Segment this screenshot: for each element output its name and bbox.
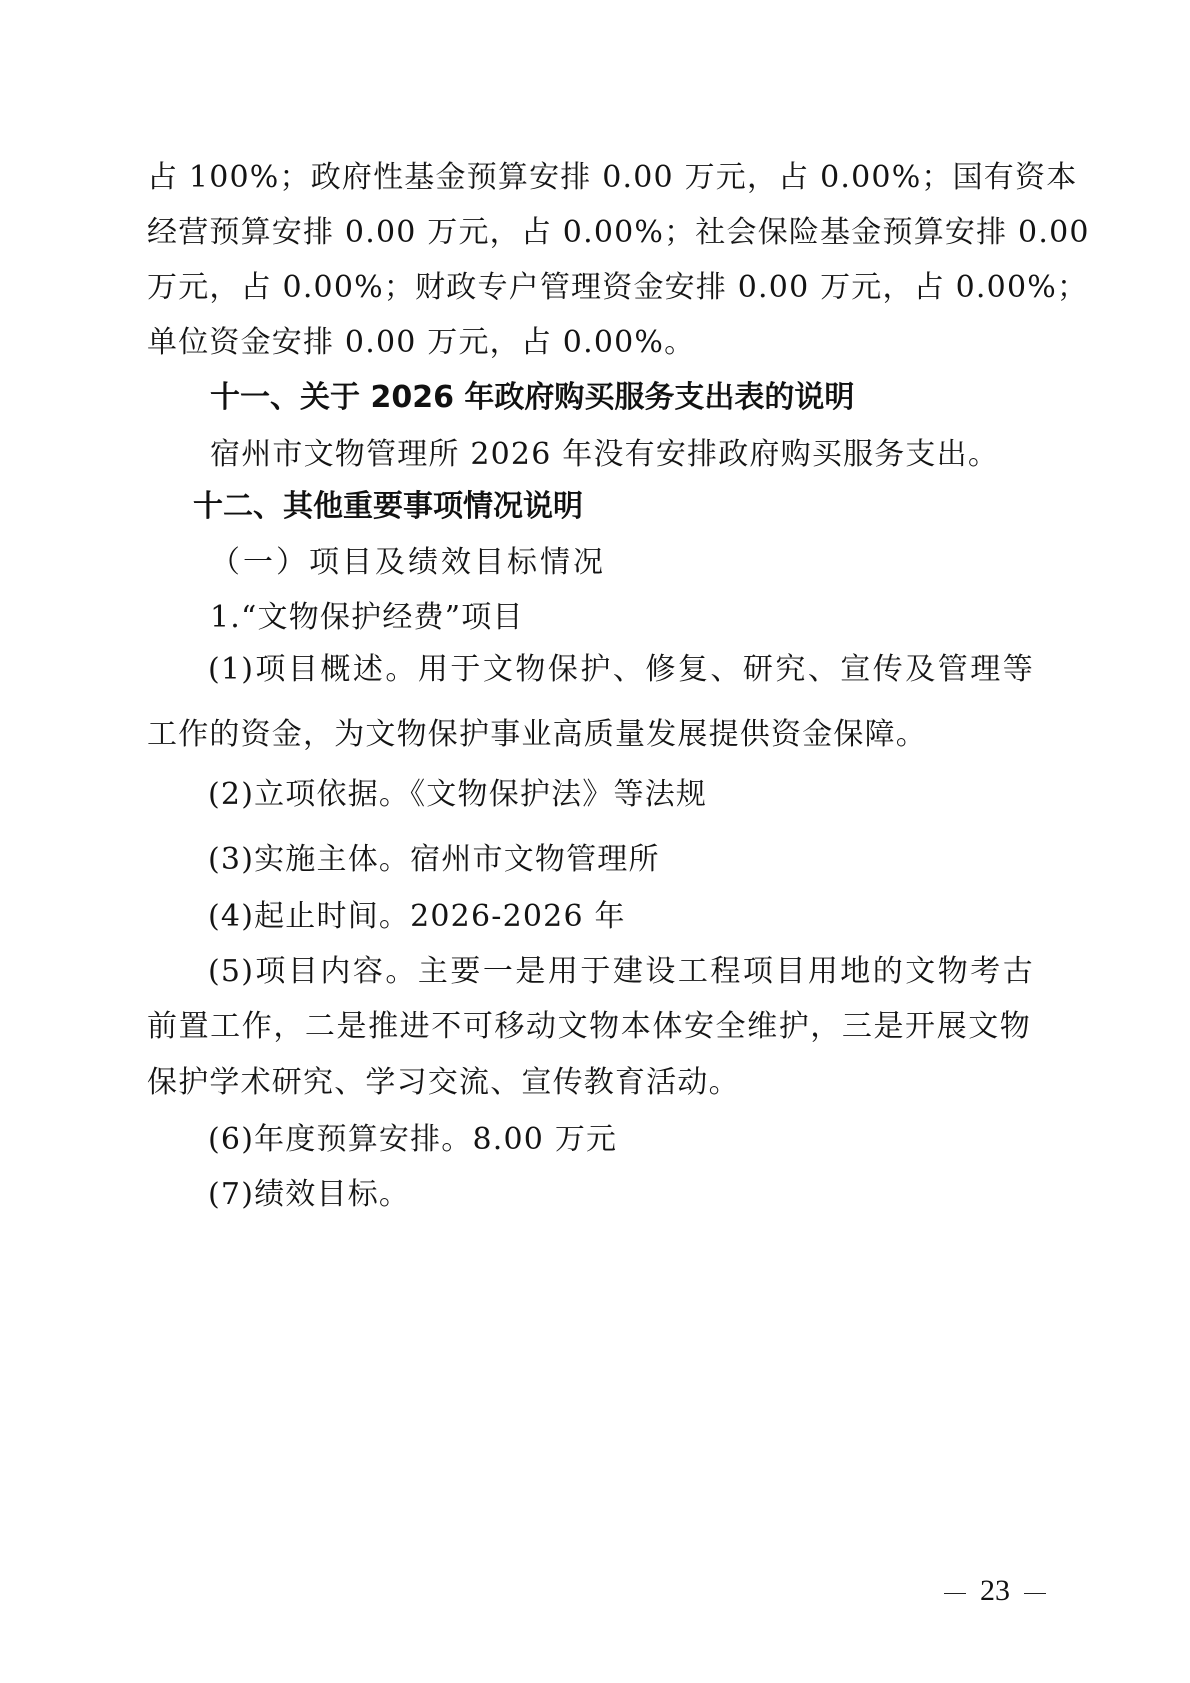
item-7: (7)绩效目标。 <box>208 1175 410 1215</box>
section-heading-12: 十二、其他重要事项情况说明 <box>193 487 583 527</box>
item-6: (6)年度预算安排。8.00 万元 <box>208 1120 617 1160</box>
document-page: 占 100%；政府性基金预算安排 0.00 万元，占 0.00%；国有资本 经营… <box>0 0 1190 1683</box>
item-2: (2)立项依据。《文物保护法》等法规 <box>208 775 707 815</box>
item-1-line-1: (1)项目概述。用于文物保护、修复、研究、宣传及管理等 <box>208 650 1034 690</box>
item-4: (4)起止时间。2026-2026 年 <box>208 897 626 937</box>
item-5-line-2: 前置工作，二是推进不可移动文物本体安全维护，三是开展文物 <box>147 1007 1031 1047</box>
item-1-line-2: 工作的资金，为文物保护事业高质量发展提供资金保障。 <box>147 715 927 755</box>
budget-paragraph-line-2: 经营预算安排 0.00 万元，占 0.00%；社会保险基金预算安排 0.00 <box>147 213 1031 253</box>
page-number-left-dash <box>944 1593 966 1594</box>
item-5-line-3: 保护学术研究、学习交流、宣传教育活动。 <box>147 1063 740 1103</box>
budget-paragraph-line-1: 占 100%；政府性基金预算安排 0.00 万元，占 0.00%；国有资本 <box>147 158 1031 198</box>
page-number: 23 <box>930 1574 1060 1608</box>
page-number-right-dash <box>1024 1593 1046 1594</box>
project-title: 1.“文物保护经费”项目 <box>210 598 524 638</box>
budget-paragraph-line-3: 万元，占 0.00%；财政专户管理资金安排 0.00 万元，占 0.00%； <box>147 268 1031 308</box>
item-5-line-1: (5)项目内容。主要一是用于建设工程项目用地的文物考古 <box>208 952 1034 992</box>
section-heading-11: 十一、关于 2026 年政府购买服务支出表的说明 <box>210 378 854 418</box>
subsection-heading-1: （一）项目及绩效目标情况 <box>210 543 606 583</box>
section-11-body: 宿州市文物管理所 2026 年没有安排政府购买服务支出。 <box>210 435 999 475</box>
item-3: (3)实施主体。宿州市文物管理所 <box>208 840 660 880</box>
budget-paragraph-line-4: 单位资金安排 0.00 万元，占 0.00%。 <box>147 323 695 363</box>
page-number-value: 23 <box>980 1574 1010 1607</box>
